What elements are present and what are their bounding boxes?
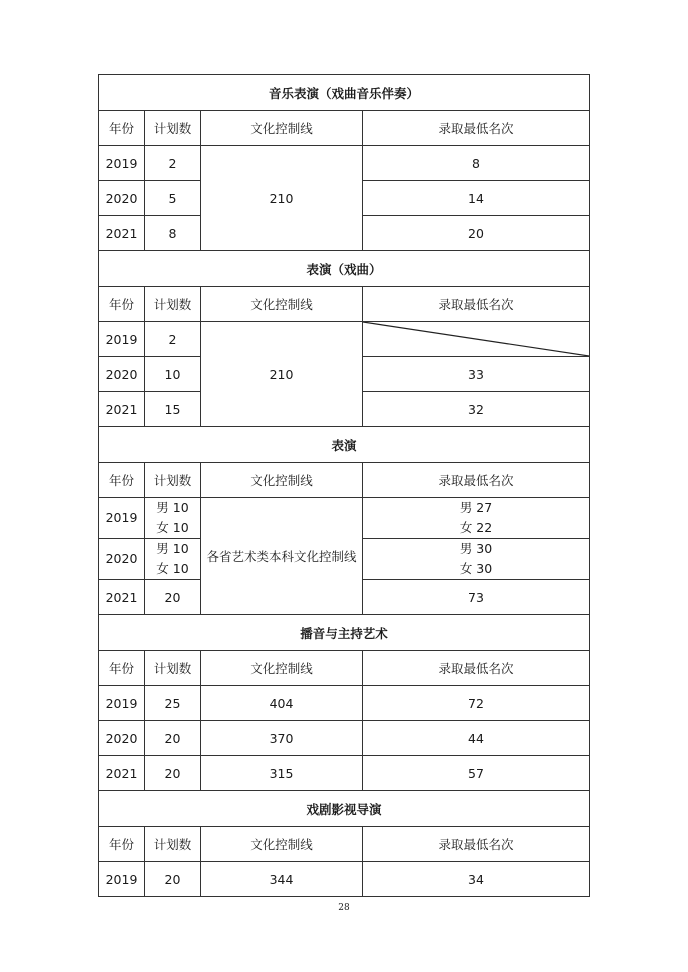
table-row: 2019 25 404 72 xyxy=(99,686,590,721)
plan-male: 男 10 xyxy=(145,498,200,518)
header-year: 年份 xyxy=(99,651,145,686)
cell-min-rank-empty-diagonal xyxy=(363,322,590,357)
cell-culture-line: 315 xyxy=(201,756,363,791)
cell-plan: 25 xyxy=(145,686,201,721)
header-culture-line: 文化控制线 xyxy=(201,287,363,322)
cell-culture-line: 344 xyxy=(201,862,363,897)
section-header-row: 播音与主持艺术 xyxy=(99,615,590,651)
header-culture-line: 文化控制线 xyxy=(201,827,363,862)
diagonal-line-icon xyxy=(363,322,589,356)
header-year: 年份 xyxy=(99,287,145,322)
cell-min-rank: 57 xyxy=(363,756,590,791)
cell-year: 2019 xyxy=(99,862,145,897)
cell-min-rank: 33 xyxy=(363,357,590,392)
plan-female: 女 10 xyxy=(145,559,200,579)
table-row: 2019 2 210 xyxy=(99,322,590,357)
table-row: 2020 20 370 44 xyxy=(99,721,590,756)
cell-year: 2021 xyxy=(99,756,145,791)
section-header-row: 表演 xyxy=(99,427,590,463)
header-min-rank: 录取最低名次 xyxy=(363,111,590,146)
cell-min-rank: 男 27 女 22 xyxy=(363,498,590,539)
cell-min-rank: 20 xyxy=(363,216,590,251)
cell-culture-line-merged: 210 xyxy=(201,146,363,251)
table-row: 2019 2 210 8 xyxy=(99,146,590,181)
page-number: 28 xyxy=(0,903,688,913)
cell-year: 2020 xyxy=(99,357,145,392)
header-year: 年份 xyxy=(99,111,145,146)
cell-plan: 20 xyxy=(145,580,201,615)
cell-plan: 男 10 女 10 xyxy=(145,498,201,539)
cell-plan: 20 xyxy=(145,721,201,756)
admission-table: 音乐表演（戏曲音乐伴奏） 年份 计划数 文化控制线 录取最低名次 2019 2 … xyxy=(98,74,590,897)
cell-plan: 20 xyxy=(145,862,201,897)
header-plan: 计划数 xyxy=(145,287,201,322)
cell-plan: 15 xyxy=(145,392,201,427)
rank-female: 女 22 xyxy=(363,518,589,538)
cell-year: 2020 xyxy=(99,181,145,216)
cell-min-rank: 14 xyxy=(363,181,590,216)
cell-plan: 男 10 女 10 xyxy=(145,539,201,580)
header-plan: 计划数 xyxy=(145,827,201,862)
cell-min-rank: 男 30 女 30 xyxy=(363,539,590,580)
header-min-rank: 录取最低名次 xyxy=(363,827,590,862)
header-min-rank: 录取最低名次 xyxy=(363,463,590,498)
rank-male: 男 30 xyxy=(363,539,589,559)
column-header-row: 年份 计划数 文化控制线 录取最低名次 xyxy=(99,287,590,322)
cell-plan: 5 xyxy=(145,181,201,216)
cell-min-rank: 72 xyxy=(363,686,590,721)
section-header-row: 戏剧影视导演 xyxy=(99,791,590,827)
header-culture-line: 文化控制线 xyxy=(201,463,363,498)
column-header-row: 年份 计划数 文化控制线 录取最低名次 xyxy=(99,111,590,146)
cell-plan: 10 xyxy=(145,357,201,392)
header-culture-line: 文化控制线 xyxy=(201,111,363,146)
header-culture-line: 文化控制线 xyxy=(201,651,363,686)
cell-year: 2019 xyxy=(99,322,145,357)
header-plan: 计划数 xyxy=(145,463,201,498)
section-title: 戏剧影视导演 xyxy=(99,791,590,827)
document-page: 音乐表演（戏曲音乐伴奏） 年份 计划数 文化控制线 录取最低名次 2019 2 … xyxy=(0,0,688,972)
cell-min-rank: 8 xyxy=(363,146,590,181)
header-min-rank: 录取最低名次 xyxy=(363,651,590,686)
section-header-row: 表演（戏曲） xyxy=(99,251,590,287)
cell-year: 2019 xyxy=(99,686,145,721)
table-row: 2019 男 10 女 10 各省艺术类本科文化控制线 男 27 女 22 xyxy=(99,498,590,539)
section-title: 播音与主持艺术 xyxy=(99,615,590,651)
cell-plan: 20 xyxy=(145,756,201,791)
cell-min-rank: 73 xyxy=(363,580,590,615)
header-min-rank: 录取最低名次 xyxy=(363,287,590,322)
cell-year: 2021 xyxy=(99,216,145,251)
header-year: 年份 xyxy=(99,463,145,498)
cell-year: 2021 xyxy=(99,580,145,615)
cell-culture-line-merged: 210 xyxy=(201,322,363,427)
cell-year: 2020 xyxy=(99,721,145,756)
header-plan: 计划数 xyxy=(145,111,201,146)
header-plan: 计划数 xyxy=(145,651,201,686)
cell-year: 2021 xyxy=(99,392,145,427)
cell-year: 2019 xyxy=(99,498,145,539)
cell-min-rank: 32 xyxy=(363,392,590,427)
cell-min-rank: 44 xyxy=(363,721,590,756)
cell-plan: 2 xyxy=(145,146,201,181)
section-title: 表演 xyxy=(99,427,590,463)
section-header-row: 音乐表演（戏曲音乐伴奏） xyxy=(99,75,590,111)
column-header-row: 年份 计划数 文化控制线 录取最低名次 xyxy=(99,827,590,862)
cell-plan: 8 xyxy=(145,216,201,251)
cell-year: 2020 xyxy=(99,539,145,580)
header-year: 年份 xyxy=(99,827,145,862)
cell-year: 2019 xyxy=(99,146,145,181)
column-header-row: 年份 计划数 文化控制线 录取最低名次 xyxy=(99,463,590,498)
cell-culture-line: 370 xyxy=(201,721,363,756)
section-title: 表演（戏曲） xyxy=(99,251,590,287)
cell-min-rank: 34 xyxy=(363,862,590,897)
cell-culture-line-merged: 各省艺术类本科文化控制线 xyxy=(201,498,363,615)
plan-female: 女 10 xyxy=(145,518,200,538)
cell-plan: 2 xyxy=(145,322,201,357)
cell-culture-line: 404 xyxy=(201,686,363,721)
section-title: 音乐表演（戏曲音乐伴奏） xyxy=(99,75,590,111)
column-header-row: 年份 计划数 文化控制线 录取最低名次 xyxy=(99,651,590,686)
table-row: 2021 20 315 57 xyxy=(99,756,590,791)
plan-male: 男 10 xyxy=(145,539,200,559)
rank-male: 男 27 xyxy=(363,498,589,518)
rank-female: 女 30 xyxy=(363,559,589,579)
table-row: 2019 20 344 34 xyxy=(99,862,590,897)
